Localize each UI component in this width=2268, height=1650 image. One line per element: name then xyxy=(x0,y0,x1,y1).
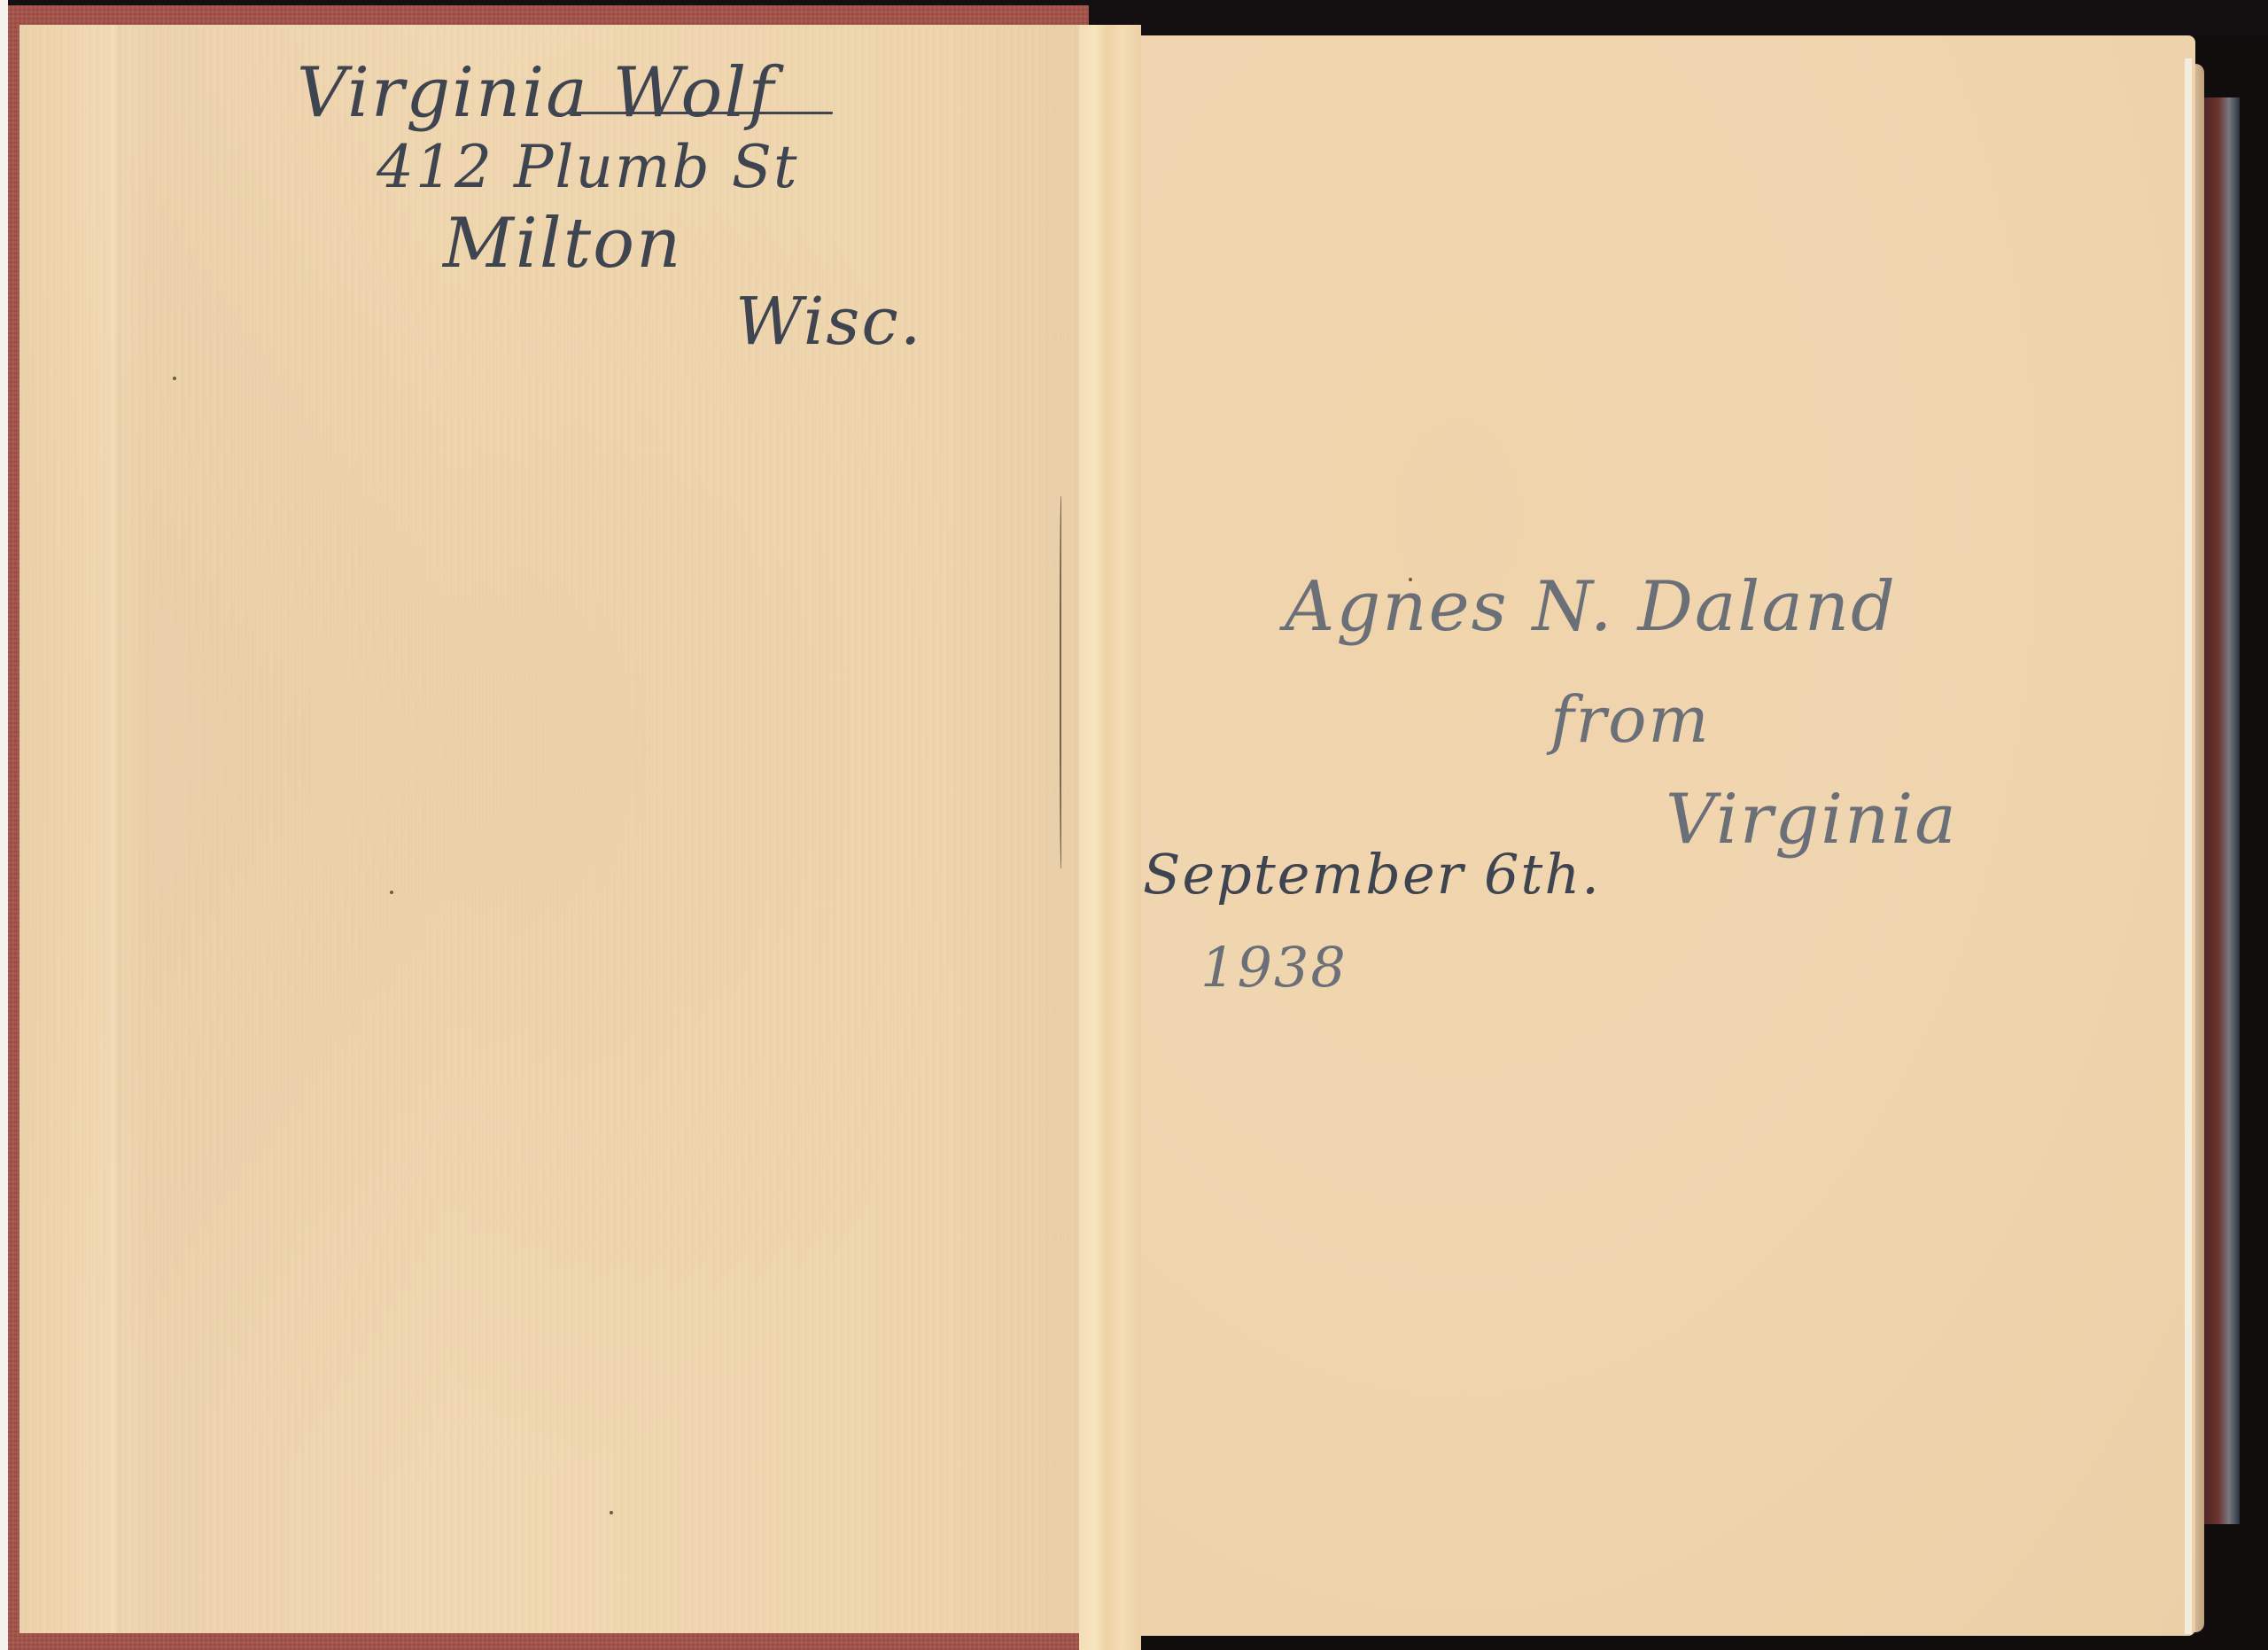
inscription-year: 1938 xyxy=(1200,935,1348,1000)
inscription-city: Milton xyxy=(443,204,682,284)
paper-speck xyxy=(390,891,393,894)
inscription-street: 412 Plumb St xyxy=(377,133,799,201)
inscription-giver: Virginia xyxy=(1666,780,1958,860)
paper-speck xyxy=(610,1511,613,1514)
inscription-state: Wisc. xyxy=(735,284,922,360)
name-underline xyxy=(567,112,833,114)
inscription-date: September 6th. xyxy=(1143,842,1601,907)
scan-margin xyxy=(0,0,8,1650)
gutter-crack xyxy=(1060,496,1063,868)
paper-speck xyxy=(1409,578,1412,581)
paper-speck xyxy=(173,377,176,380)
endpaper-fold xyxy=(111,25,121,1633)
inscription-recipient: Agnes N. Daland xyxy=(1285,567,1897,647)
inscription-from: from xyxy=(1550,682,1711,757)
page-edge-highlight xyxy=(2185,58,2192,1634)
right-cover-edge xyxy=(2204,97,2240,1524)
book-gutter xyxy=(1079,25,1141,1650)
inscription-owner-name: Virginia Wolf xyxy=(297,53,775,133)
